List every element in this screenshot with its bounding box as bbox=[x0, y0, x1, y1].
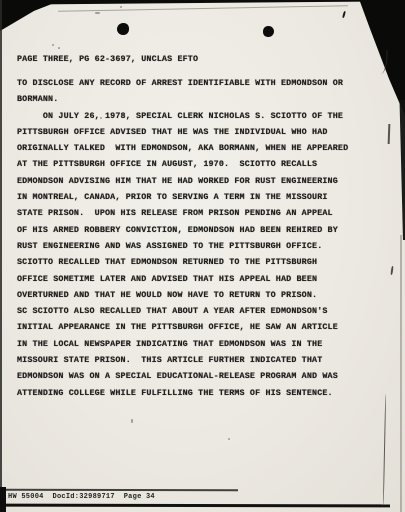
stray-mark bbox=[342, 11, 346, 18]
scan-edge-line bbox=[58, 5, 348, 12]
top-edge-shadow bbox=[0, 0, 405, 5]
paper-speck bbox=[95, 12, 100, 14]
typed-line: INITIAL APPEARANCE IN THE PITTSBURGH OFF… bbox=[17, 319, 348, 335]
typed-line: PITTSBURGH OFFICE ADVISED THAT HE WAS TH… bbox=[17, 124, 348, 140]
typed-line: ORIGINALLY TALKED WITH EDMONDSON, AKA BO… bbox=[17, 140, 348, 156]
scan-crease-line bbox=[383, 394, 387, 506]
bottom-scan-bar bbox=[0, 504, 390, 507]
stray-mark bbox=[390, 266, 393, 275]
typed-line: IN THE LOCAL NEWSPAPER INDICATING THAT E… bbox=[17, 336, 348, 352]
hole-punch-dot-icon bbox=[263, 26, 274, 37]
corner-fold-top-left-icon bbox=[0, 0, 62, 31]
page-header: PAGE THREE, PG 62-3697, UNCLAS EFTO bbox=[17, 51, 198, 67]
corner-fold-top-right-icon bbox=[348, 0, 405, 116]
archive-footer: HW 55004 DocId:32989717 Page 34 bbox=[8, 493, 155, 501]
typed-line: MISSOURI STATE PRISON. THIS ARTICLE FURT… bbox=[17, 352, 348, 368]
paper-speck bbox=[58, 47, 60, 49]
scanned-document-page: PAGE THREE, PG 62-3697, UNCLAS EFTO TO D… bbox=[0, 0, 405, 512]
right-edge-line bbox=[400, 235, 402, 512]
typed-line: SCIOTTO RECALLED THAT EDMONDSON RETURNED… bbox=[17, 254, 348, 270]
typed-line: TO DISCLOSE ANY RECORD OF ARREST IDENTIF… bbox=[17, 75, 348, 91]
page-header-line: PAGE THREE, PG 62-3697, UNCLAS EFTO bbox=[17, 51, 198, 67]
typed-line: BORMANN. bbox=[17, 91, 348, 107]
typed-line: EDMONDSON WAS ON A SPECIAL EDUCATIONAL-R… bbox=[17, 368, 348, 384]
paper-speck bbox=[52, 44, 54, 46]
typed-line: EDMONDSON ADVISING HIM THAT HE HAD WORKE… bbox=[17, 173, 348, 189]
typed-line: RUST ENGINEERING AND WAS ASSIGNED TO THE… bbox=[17, 238, 348, 254]
left-edge-line bbox=[0, 0, 2, 512]
typed-line: IN MONTREAL, CANADA, PRIOR TO SERVING A … bbox=[17, 189, 348, 205]
stray-mark bbox=[388, 124, 390, 144]
corner-mark-bottom-left bbox=[0, 487, 6, 512]
typed-line: ON JULY 26, 1978, SPECIAL CLERK NICHOLAS… bbox=[17, 108, 348, 124]
typed-line: OF HIS ARMED ROBBERY CONVICTION, EDMONDS… bbox=[17, 222, 348, 238]
typed-line: AT THE PITTSBURGH OFFICE IN AUGUST, 1970… bbox=[17, 156, 348, 172]
paper-speck bbox=[120, 6, 122, 8]
hole-punch-dot-icon bbox=[117, 23, 129, 35]
right-edge-shadow bbox=[395, 100, 405, 240]
typed-line: OVERTURNED AND THAT HE WOULD NOW HAVE TO… bbox=[17, 287, 348, 303]
typed-line: SC SCIOTTO ALSO RECALLED THAT ABOUT A YE… bbox=[17, 303, 348, 319]
typed-line: ATTENDING COLLEGE WHILE FULFILLING THE T… bbox=[17, 385, 348, 401]
paper-speck bbox=[228, 438, 230, 440]
footer-rule bbox=[2, 489, 238, 491]
document-body: TO DISCLOSE ANY RECORD OF ARREST IDENTIF… bbox=[17, 75, 348, 401]
typed-line: OFFICE SOMETIME LATER AND ADVISED THAT H… bbox=[17, 271, 348, 287]
paper-speck bbox=[131, 419, 133, 423]
typed-line: STATE PRISON. UPON HIS RELEASE FROM PRIS… bbox=[17, 205, 348, 221]
